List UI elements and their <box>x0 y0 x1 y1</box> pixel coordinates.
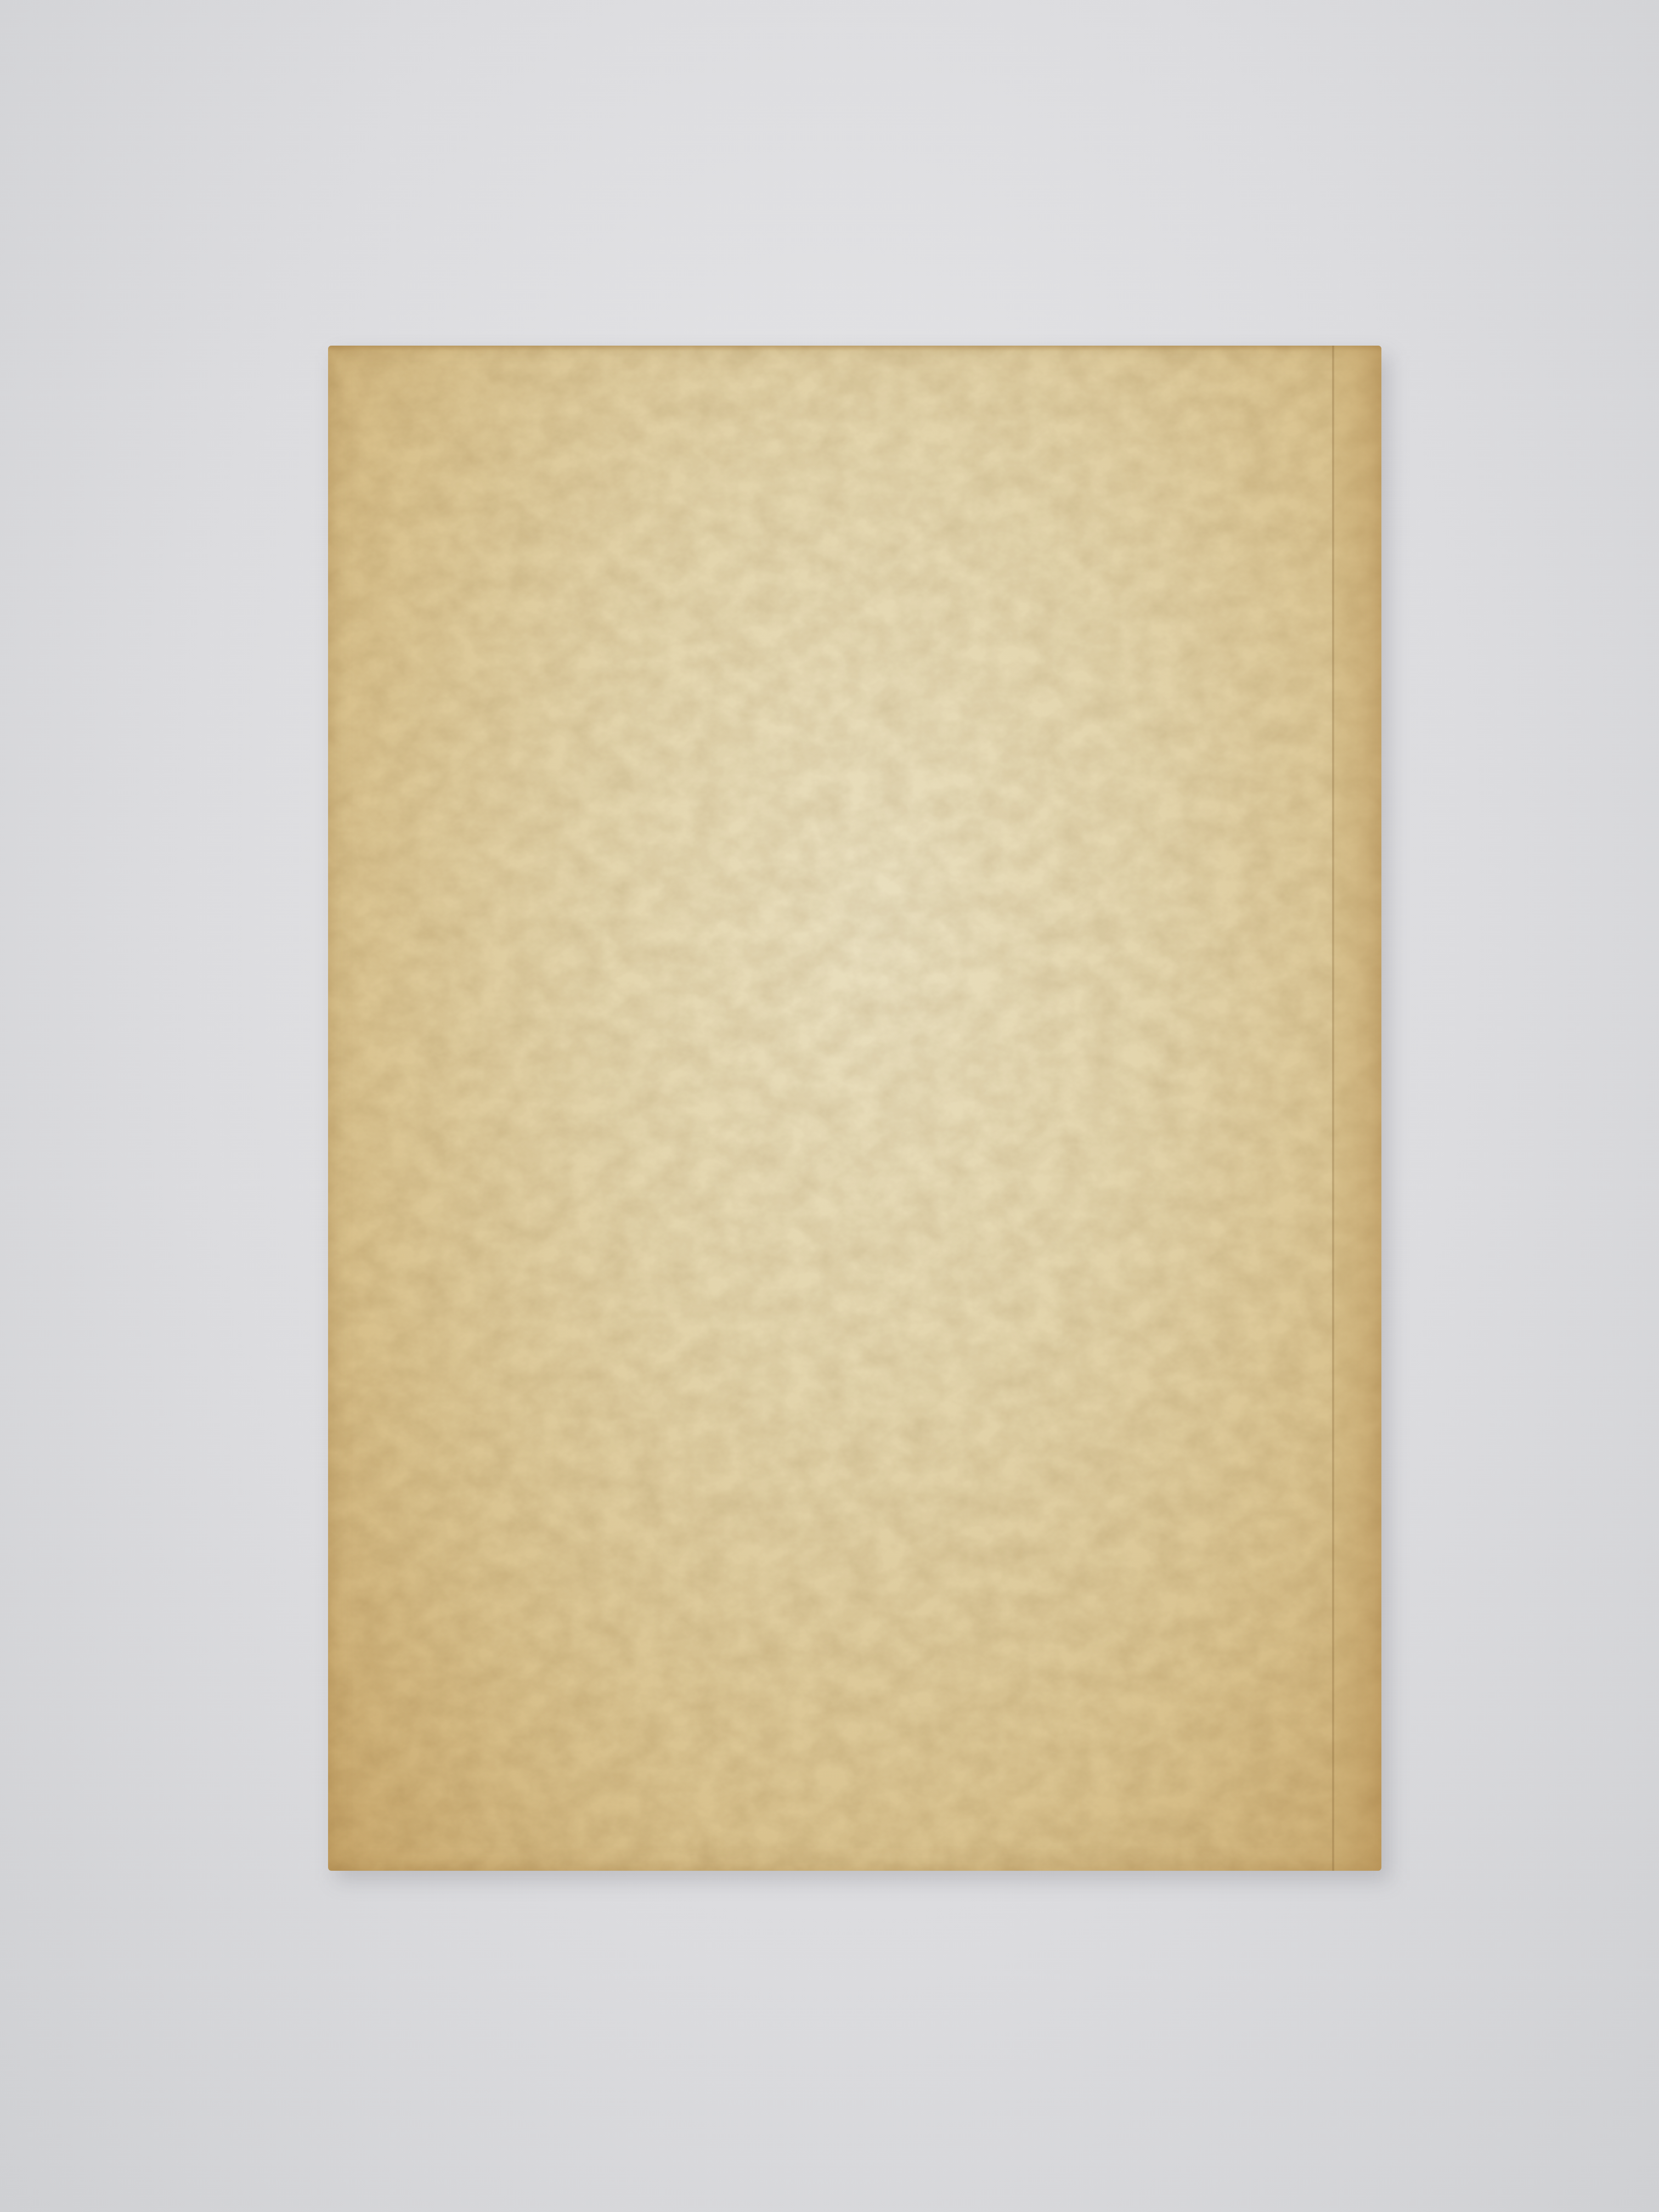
cover-top-edge <box>328 346 1381 351</box>
spine-hinge-line <box>1332 346 1334 1871</box>
book-back-cover <box>328 346 1381 1871</box>
spine-strip <box>1334 346 1381 1871</box>
leather-texture <box>328 346 1381 1871</box>
